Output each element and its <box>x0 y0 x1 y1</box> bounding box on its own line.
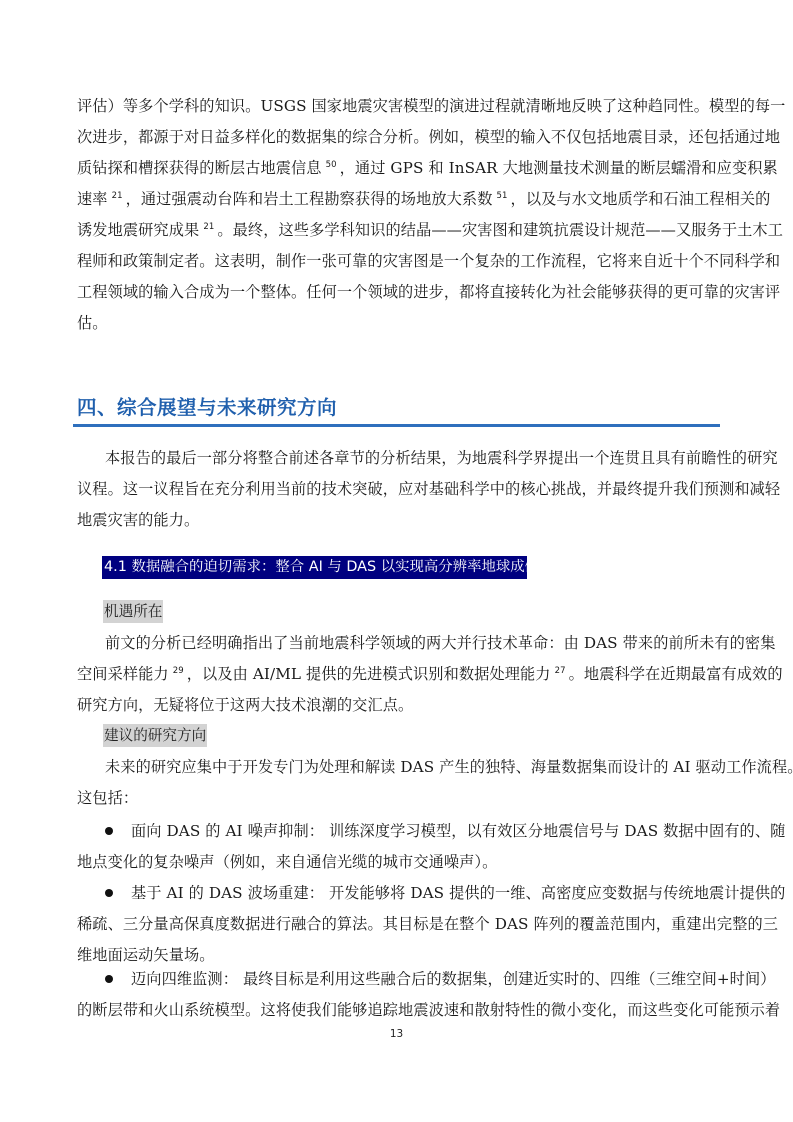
opportunity-label: 机遇所在 <box>103 600 163 623</box>
text-line: 速率21，通过强震动台阵和岩土工程勘察获得的场地放大系数51，以及与水文地质学和… <box>77 189 719 209</box>
text-line: 前文的分析已经明确指出了当前地震科学领域的两大并行技术革命：由 DAS 带来的前… <box>105 633 719 653</box>
citation-superscript[interactable]: 50 <box>326 160 337 170</box>
bullet-line: 迈向四维监测： 最终目标是利用这些融合后的数据集，创建近实时的、四维（三维空间+… <box>105 969 719 989</box>
text-line: 程师和政策制定者。这表明，制作一张可靠的灾害图是一个复杂的工作流程，它将来自近十… <box>77 251 719 271</box>
text-line: 估。 <box>77 313 719 333</box>
text-line: 未来的研究应集中于开发专门为处理和解读 DAS 产生的独特、海量数据集而设计的 … <box>105 757 719 777</box>
citation-superscript[interactable]: 51 <box>497 191 508 201</box>
recommendation-label: 建议的研究方向 <box>103 724 207 747</box>
text-line: 诱发地震研究成果21。最终，这些多学科知识的结晶——灾害图和建筑抗震设计规范——… <box>77 220 719 240</box>
citation-superscript[interactable]: 27 <box>555 666 566 676</box>
text-line: 空间采样能力29，以及由 AI/ML 提供的先进模式识别和数据处理能力27。地震… <box>77 664 719 684</box>
text-line: 的断层带和火山系统模型。这将使我们能够追踪地震波速和散射特性的微小变化，而这些变… <box>77 1000 719 1020</box>
bullet-icon <box>105 975 113 983</box>
document-page: 评估）等多个学科的知识。USGS 国家地震灾害模型的演进过程就清晰地反映了这种趋… <box>0 0 793 1122</box>
text-line: 议程。这一议程旨在充分利用当前的技术突破，应对基础科学中的核心挑战，并最终提升我… <box>77 479 719 499</box>
section-divider <box>73 424 720 427</box>
text-line: 稀疏、三分量高保真度数据进行融合的算法。其目标是在整个 DAS 阵列的覆盖范围内… <box>77 914 719 934</box>
text-line: 评估）等多个学科的知识。USGS 国家地震灾害模型的演进过程就清晰地反映了这种趋… <box>77 96 719 116</box>
section-heading: 四、综合展望与未来研究方向 <box>77 392 337 420</box>
text-line: 研究方向，无疑将位于这两大技术浪潮的交汇点。 <box>77 695 719 715</box>
text-line: 地点变化的复杂噪声（例如，来自通信光缆的城市交通噪声）。 <box>77 852 719 872</box>
citation-superscript[interactable]: 29 <box>173 666 184 676</box>
text-line: 工程领域的输入合成为一个整体。任何一个领域的进步，都将直接转化为社会能够获得的更… <box>77 282 719 302</box>
text-line: 维地面运动矢量场。 <box>77 945 719 965</box>
text-line: 地震灾害的能力。 <box>77 510 719 530</box>
subsection-heading: 4.1 数据融合的迫切需求：整合 AI 与 DAS 以实现高分辨率地球成像 <box>102 556 527 579</box>
text-line: 本报告的最后一部分将整合前述各章节的分析结果，为地震科学界提出一个连贯且具有前瞻… <box>105 448 719 468</box>
page-number: 13 <box>0 1028 793 1040</box>
bullet-icon <box>105 889 113 897</box>
bullet-line: 基于 AI 的 DAS 波场重建： 开发能够将 DAS 提供的一维、高密度应变数… <box>105 883 719 903</box>
citation-superscript[interactable]: 21 <box>112 191 123 201</box>
text-line: 次进步，都源于对日益多样化的数据集的综合分析。例如，模型的输入不仅包括地震目录，… <box>77 127 719 147</box>
citation-superscript[interactable]: 21 <box>203 222 214 232</box>
bullet-line: 面向 DAS 的 AI 噪声抑制： 训练深度学习模型，以有效区分地震信号与 DA… <box>105 821 719 841</box>
text-line: 这包括： <box>77 788 719 808</box>
text-line: 质钻探和槽探获得的断层古地震信息50，通过 GPS 和 InSAR 大地测量技术… <box>77 158 719 178</box>
bullet-icon <box>105 827 113 835</box>
